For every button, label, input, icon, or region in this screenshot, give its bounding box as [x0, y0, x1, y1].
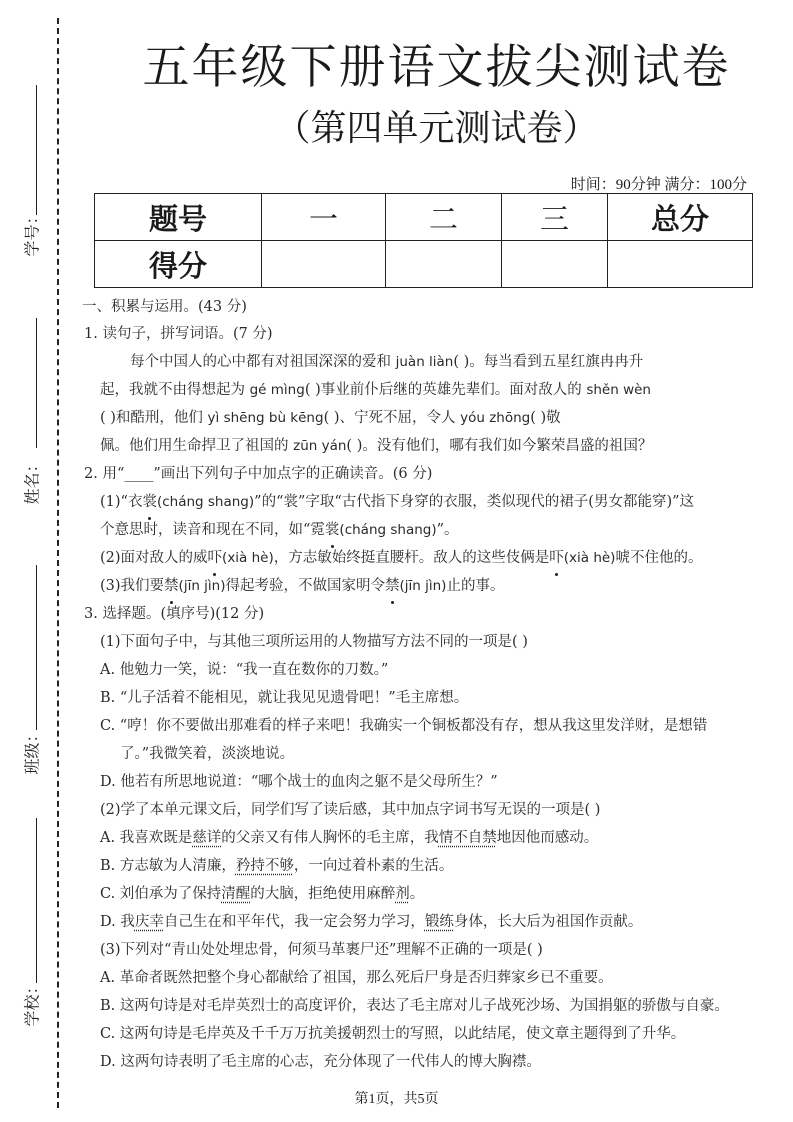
option-b: B. 这两句诗是对毛岸英烈士的高度评价，表达了毛主席对儿子战死沙场、为国捐躯的骄… — [82, 992, 762, 1020]
text: 身体，长大后为祖国作贡献。 — [454, 914, 643, 930]
dotted-char: 裳 — [325, 516, 340, 544]
option-b: B. 方志敏为人清廉，矜持不够，一向过着朴素的生活。 — [82, 852, 762, 880]
pinyin: zūn yán — [293, 438, 346, 454]
exam-content: 一、积累与运用。(43 分) 1. 读句子，拼写词语。(7 分) 每个中国人的心… — [82, 294, 762, 1076]
text: ，方志敏始终挺直腰杆。敌人的这些伎俩是 — [274, 550, 550, 566]
text: 地因他而感动。 — [497, 830, 599, 846]
option-a: A. 他勉力一笑，说：“我一直在数你的刀数。” — [82, 656, 762, 684]
class-blank[interactable] — [36, 818, 37, 983]
student-id-blank[interactable] — [36, 85, 37, 215]
dotted-word: 锻练 — [425, 914, 454, 930]
text: 的大脑，拒绝使用麻醉 — [250, 886, 395, 902]
text: 的父亲又有伟人胸怀的毛主席，我 — [221, 830, 439, 846]
pinyin-choice[interactable]: (jīn jìn) — [179, 578, 226, 594]
text: 起，我就不由得想起为 — [100, 382, 250, 398]
school-label: 学校： — [20, 997, 43, 1027]
text: 佩。他们用生命捍卫了祖国的 — [100, 438, 293, 454]
pinyin-choice[interactable]: (cháng shang) — [157, 494, 254, 510]
class-label: 班级： — [20, 745, 43, 775]
dotted-char: 吓 — [549, 544, 564, 572]
option-c: C. 刘伯承为了保持清醒的大脑，拒绝使用麻醉剂。 — [82, 880, 762, 908]
option-c: C. “哼！你不要做出那难看的样子来吧！我确实一个铜板都没有存，想从我这里发洋财… — [82, 712, 762, 740]
question-3-1-prompt: (1)下面句子中，与其他三项所运用的人物描写方法不同的一项是( ) — [82, 628, 762, 656]
question-2-item: 个意思时，读音和现在不同，如“霓裳(cháng shang)”。 — [82, 516, 762, 544]
question-1-line: 起，我就不由得想起为 gé mìng( )事业前仆后继的英雄先辈们。面对敌人的 … — [82, 376, 762, 404]
dotted-char: 禁 — [164, 572, 179, 600]
score-table: 题号 一 二 三 总分 得分 — [94, 193, 753, 288]
text: (3)我们要 — [100, 578, 164, 594]
answer-blank[interactable]: ( )事业前仆后继的英雄先辈们。面对敌人的 — [305, 382, 587, 398]
pinyin: gé mìng — [250, 382, 305, 398]
score-cell-3[interactable] — [502, 241, 608, 288]
text: D. 我 — [100, 914, 135, 930]
score-table-header-row: 题号 一 二 三 总分 — [95, 194, 753, 241]
text: 个意思时，读音和现在不同，如“霓 — [100, 522, 325, 538]
pinyin: yì shēng bù kēng — [208, 410, 324, 426]
pinyin: juàn liàn — [396, 354, 454, 370]
text: B. 方志敏为人清廉， — [100, 858, 236, 874]
score-table-header-cell: 题号 — [95, 194, 262, 241]
text: 每个中国人的心中都有对祖国深深的爱和 — [130, 354, 396, 370]
option-a: A. 革命者既然把整个身心都献给了祖国，那么死后尸身是否归葬家乡已不重要。 — [82, 964, 762, 992]
option-d: D. 他若有所思地说道：“哪个战士的血肉之躯不是父母所生？” — [82, 768, 762, 796]
question-2-item: (2)面对敌人的威吓(xià hè)，方志敏始终挺直腰杆。敌人的这些伎俩是吓(x… — [82, 544, 762, 572]
score-table-score-row: 得分 — [95, 241, 753, 288]
score-cell-2[interactable] — [386, 241, 502, 288]
answer-blank[interactable]: ( )。没有他们，哪有我们如今繁荣昌盛的祖国？ — [346, 438, 652, 454]
pinyin: shěn wèn — [586, 382, 651, 398]
question-2-item: (3)我们要禁(jīn jìn)得起考验，不做国家明令禁(jīn jìn)止的事… — [82, 572, 762, 600]
section-heading: 一、积累与运用。(43 分) — [82, 294, 762, 320]
answer-blank[interactable]: ( )敬 — [530, 410, 560, 426]
score-row-label: 得分 — [95, 241, 262, 288]
text: (2)面对敌人的威 — [100, 550, 208, 566]
text: 唬不住他的。 — [615, 550, 702, 566]
text: ，一向过着朴素的生活。 — [294, 858, 454, 874]
question-2-title: 2. 用“____”画出下列句子中加点字的正确读音。(6 分) — [82, 460, 762, 488]
dotted-word: 剂 — [395, 886, 410, 902]
score-cell-total[interactable] — [608, 241, 753, 288]
page-subtitle: （第四单元测试卷） — [80, 100, 793, 151]
dotted-word: 慈详 — [192, 830, 221, 846]
score-table-header-cell: 一 — [262, 194, 386, 241]
pinyin-choice[interactable]: (jīn jìn) — [400, 578, 447, 594]
option-a: A. 我喜欢既是慈详的父亲又有伟人胸怀的毛主席，我情不自禁地因他而感动。 — [82, 824, 762, 852]
option-c-continued: 了。”我微笑着，淡淡地说。 — [82, 740, 762, 768]
score-cell-1[interactable] — [262, 241, 386, 288]
pinyin: yóu zhōng — [460, 410, 530, 426]
question-3-3-prompt: (3)下列对“青山处处埋忠骨，何须马革裹尸还”理解不正确的一项是( ) — [82, 936, 762, 964]
pinyin-choice[interactable]: (cháng shang) — [339, 522, 436, 538]
answer-blank[interactable]: ( )和酷刑，他们 — [100, 410, 208, 426]
text: A. 我喜欢既是 — [100, 830, 192, 846]
question-3-title: 3. 选择题。(填序号)(12 分) — [82, 600, 762, 628]
text: C. 刘伯承为了保持 — [100, 886, 221, 902]
name-blank[interactable] — [36, 565, 37, 730]
score-table-header-cell: 三 — [502, 194, 608, 241]
text: 止的事。 — [446, 578, 504, 594]
student-id-label: 学号： — [20, 227, 43, 257]
text: 得起考验，不做国家明令 — [226, 578, 386, 594]
name-label: 姓名： — [20, 475, 43, 505]
question-1-line: ( )和酷刑，他们 yì shēng bù kēng( )、宁死不屈，令人 yó… — [82, 404, 762, 432]
page-title: 五年级下册语文拔尖测试卷 — [80, 30, 793, 97]
time-info: 时间：90分钟 满分：100分 — [571, 173, 747, 194]
dotted-word: 矜持不够 — [236, 858, 294, 874]
dotted-word: 情不自禁 — [439, 830, 497, 846]
binding-dashed-line — [57, 18, 59, 1108]
option-b: B. “儿子活着不能相见，就让我见见遗骨吧！”毛主席想。 — [82, 684, 762, 712]
dotted-word: 庆幸 — [135, 914, 164, 930]
question-1-title: 1. 读句子，拼写词语。(7 分) — [82, 320, 762, 348]
option-c: C. 这两句诗是毛岸英及千千万万抗美援朝烈士的写照，以此结尾，使文章主题得到了升… — [82, 1020, 762, 1048]
text: 。 — [410, 886, 425, 902]
name-blank-top — [36, 318, 37, 448]
answer-blank[interactable]: ( )、宁死不屈，令人 — [324, 410, 461, 426]
dotted-char: 裳 — [142, 488, 157, 516]
option-d: D. 我庆幸自己生在和平年代，我一定会努力学习，锻练身体，长大后为祖国作贡献。 — [82, 908, 762, 936]
dotted-char: 吓 — [208, 544, 223, 572]
pinyin-choice[interactable]: (xià hè) — [222, 550, 274, 566]
question-2-item: (1)“衣裳(cháng shang)”的“裳”字取“古代指下身穿的衣服，类似现… — [82, 488, 762, 516]
score-table-header-cell: 二 — [386, 194, 502, 241]
score-table-header-cell: 总分 — [608, 194, 753, 241]
question-3-2-prompt: (2)学了本单元课文后，同学们写了读后感，其中加点字词书写无误的一项是( ) — [82, 796, 762, 824]
pinyin-choice[interactable]: (xià hè) — [564, 550, 616, 566]
answer-blank[interactable]: ( )。每当看到五星红旗冉冉升 — [453, 354, 643, 370]
dotted-char: 禁 — [385, 572, 400, 600]
dotted-word: 清醒 — [221, 886, 250, 902]
question-1-line: 佩。他们用生命捍卫了祖国的 zūn yán( )。没有他们，哪有我们如今繁荣昌盛… — [82, 432, 762, 460]
text: 自己生在和平年代，我一定会努力学习， — [164, 914, 425, 930]
page-footer: 第1页，共5页 — [0, 1088, 793, 1108]
question-1-line: 每个中国人的心中都有对祖国深深的爱和 juàn liàn( )。每当看到五星红旗… — [82, 348, 762, 376]
text: ”的“裳”字取“古代指下身穿的衣服，类似现代的裙子(男女都能穿)”这 — [254, 494, 694, 510]
text: (1)“衣 — [100, 494, 142, 510]
text: ”。 — [437, 522, 459, 538]
option-d: D. 这两句诗表明了毛主席的心志，充分体现了一代伟人的博大胸襟。 — [82, 1048, 762, 1076]
